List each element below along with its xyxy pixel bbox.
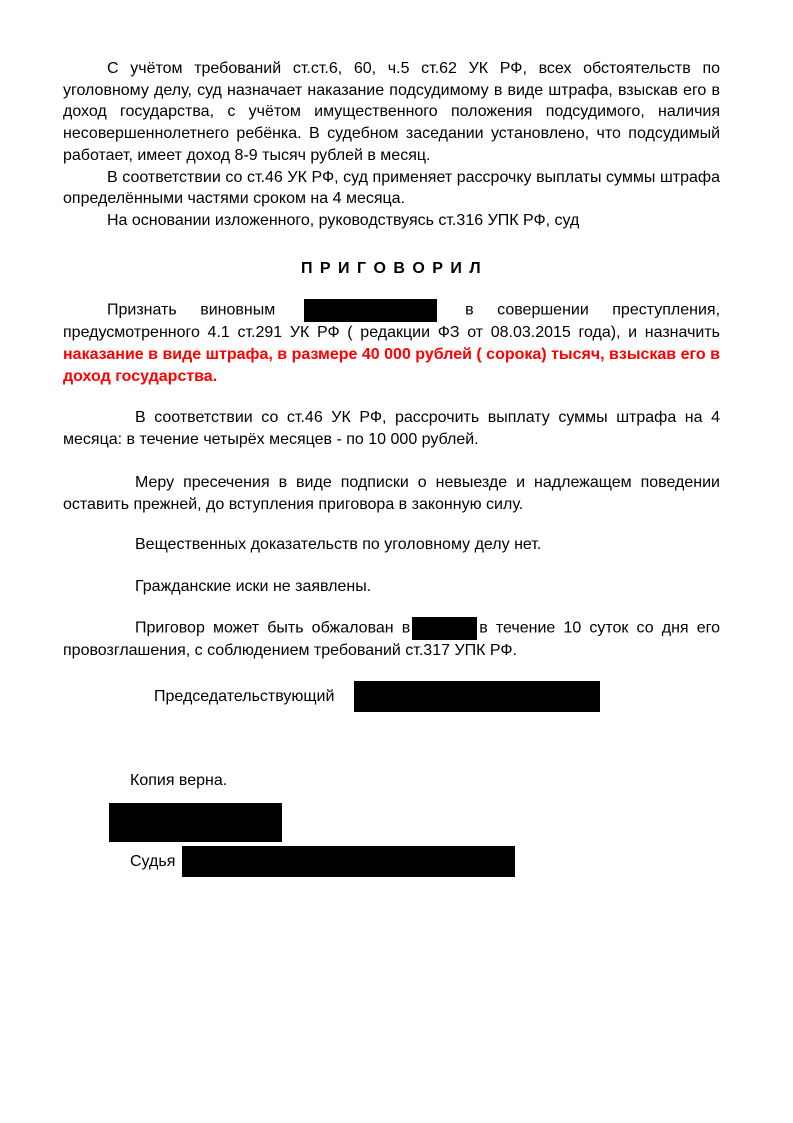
redaction-judge-signature bbox=[182, 846, 515, 877]
redaction-defendant-name bbox=[304, 299, 437, 322]
chairman-signature-row: Председательствующий bbox=[154, 681, 720, 712]
redaction-stamp-block bbox=[109, 803, 282, 842]
paragraph-installment-schedule: В соответствии со ст.46 УК РФ, рассрочит… bbox=[63, 407, 720, 450]
paragraph-appeal-rights: Приговор может быть обжалован вв течение… bbox=[63, 617, 720, 662]
paragraph-civil-claims: Гражданские иски не заявлены. bbox=[63, 576, 720, 598]
fine-amount-text: наказание в виде штрафа, в размере 40 00… bbox=[63, 346, 720, 385]
paragraph-ruling-basis: На основании изложенного, руководствуясь… bbox=[63, 210, 720, 232]
verdict-heading: П Р И Г О В О Р И Л bbox=[63, 258, 720, 280]
appeal-text-before: Приговор может быть обжалован в bbox=[135, 619, 410, 636]
judge-label: Судья bbox=[130, 851, 175, 873]
paragraph-sentencing-considerations: С учётом требований ст.ст.6, 60, ч.5 ст.… bbox=[63, 58, 720, 167]
court-verdict-document: С учётом требований ст.ст.6, 60, ч.5 ст.… bbox=[0, 0, 793, 1123]
guilty-verdict-text-before: Признать виновным bbox=[107, 302, 275, 319]
redaction-chairman-signature bbox=[354, 681, 600, 712]
paragraph-preventive-measure: Меру пресечения в виде подписки о невыез… bbox=[63, 472, 720, 515]
judge-signature-row: Судья bbox=[130, 846, 720, 877]
paragraph-installment-application: В соответствии со ст.46 УК РФ, суд приме… bbox=[63, 167, 720, 210]
paragraph-material-evidence: Вещественных доказательств по уголовному… bbox=[63, 534, 720, 556]
redaction-court-name bbox=[412, 617, 477, 640]
copy-certification-note: Копия верна. bbox=[130, 770, 720, 792]
paragraph-guilty-verdict: Признать виновным в совершении преступле… bbox=[63, 299, 720, 387]
chairman-label: Председательствующий bbox=[154, 686, 334, 708]
